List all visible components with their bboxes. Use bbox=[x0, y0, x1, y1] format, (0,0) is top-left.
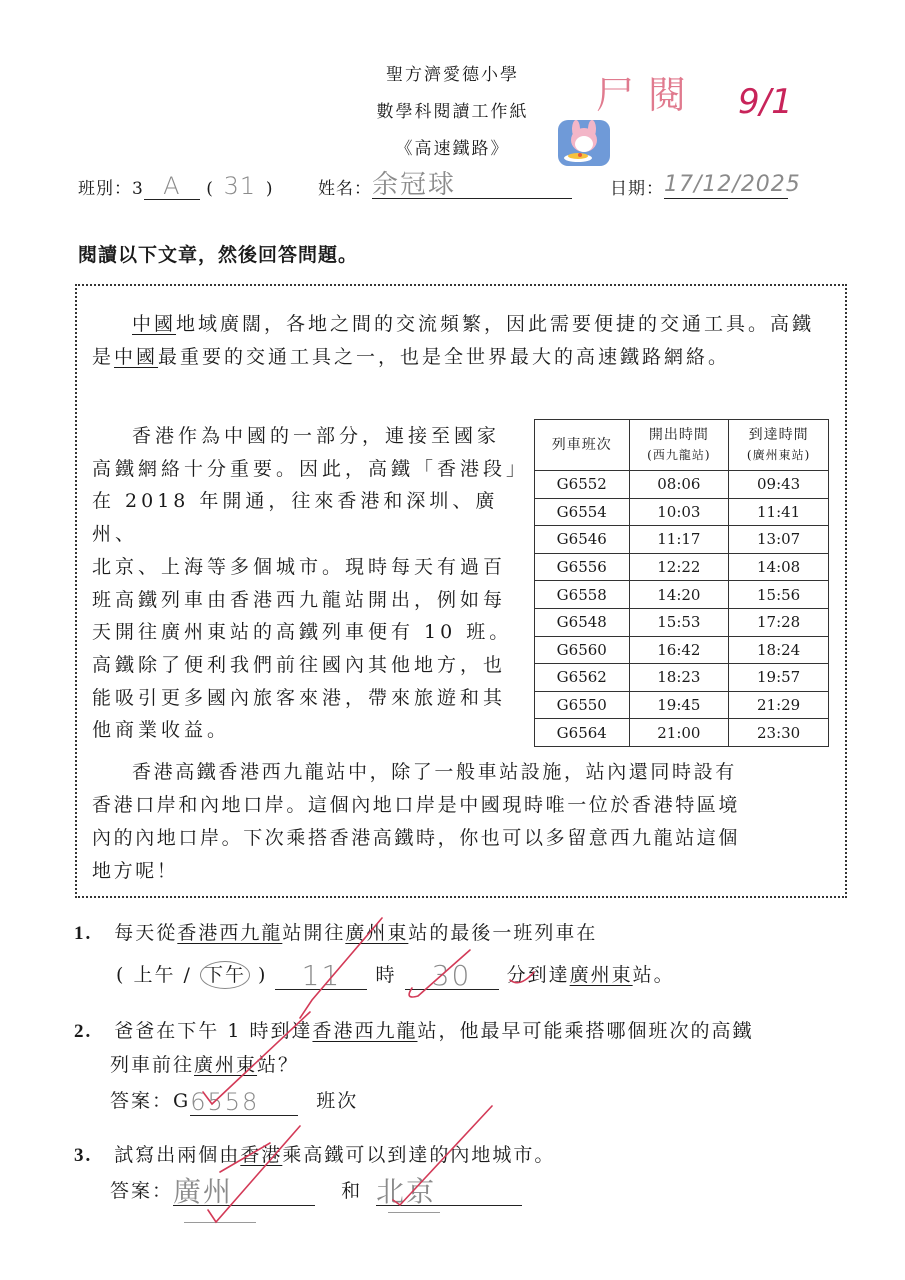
check-mark-icon bbox=[409, 950, 470, 997]
check-mark-icon bbox=[208, 1126, 300, 1222]
check-mark-icon bbox=[300, 918, 382, 1018]
check-mark-icon bbox=[510, 972, 534, 983]
check-mark-icon bbox=[393, 1106, 492, 1205]
teacher-marks-layer bbox=[0, 0, 905, 1280]
check-mark-icon bbox=[203, 1012, 310, 1104]
